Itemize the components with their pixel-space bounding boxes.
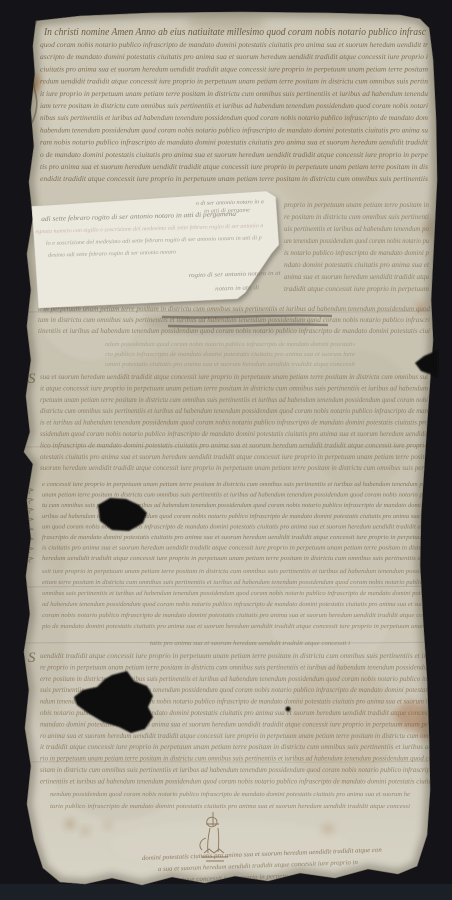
script-line: pto de mandato domini potestatis ciuitat… [41,623,426,630]
script-line: tinentiis et iuribus ad habendum tenendu… [38,327,430,335]
stain [270,110,390,210]
script-line: endidit tradidit atque concessit iure pr… [40,175,428,183]
stain [66,820,74,828]
stain [322,824,334,834]
script-line: it atque concessit iure proprio in perpe… [40,385,428,392]
script-line: re positam in districtu cum omnibus suis… [284,214,429,221]
script-line: re proprio in perpetuum unam petiam terr… [40,664,432,671]
label-handwriting-line: notaro in atti di [215,284,259,292]
script-line: e concessit iure proprio in perpetuum un… [42,481,427,488]
script-line: tradidit atque concessit iure proprio in… [284,286,429,293]
script-line: ertinentiis et iuribus ad habendum tenen… [40,778,433,785]
script-line: anima sua et suorum heredum uendidit tra… [284,274,430,281]
script-line: sua et suorum heredum uendidit tradidit … [40,374,428,381]
script-line: quod coram nobis notario publico infrasc… [40,41,428,49]
script-line: rpetuum unam petiam terre positam in dis… [40,397,428,404]
script-line: frascripto de mandato domini potestatis … [42,534,426,541]
script-line: uis pertinentiis et iuribus ad habendum … [284,226,430,233]
manuscript-photo: In christi nomine Amen Anno ab eius nati… [0,0,452,900]
script-line: heredum uendidit tradidit atque concessi… [42,555,426,562]
script-line: otestatis ciuitatis pro anima sua et suo… [40,454,429,461]
script-line: ram nobis notario publico infrascripto d… [40,139,429,147]
script-line: proprio in perpetuum unam petiam terre p… [283,202,430,209]
script-line: iam terre positam in districtu cum omnib… [40,102,428,110]
script-line: lico infrascripto de mandato domini pote… [40,442,429,449]
script-line: coram nobis notario publico infrascripto… [42,612,427,619]
script-line: erre positam in districtu cum omnibus su… [40,676,432,683]
script-line: ascripto de mandato domini potestatis ci… [40,53,428,61]
script-line: nendum possidendum quod coram nobis nota… [50,791,410,798]
script-line: etiam terre positam in districtu cum omn… [42,579,427,586]
script-line: tatis pro anima sua et suorum heredum ue… [150,640,350,647]
script-line: nibus suis pertinentiis et iuribus ad ha… [40,114,428,122]
script-line: tis pro anima sua et suorum heredum uend… [40,163,428,171]
script-line: omini potestatis ciuitatis pro anima sua… [105,361,355,368]
script-line: ssit iure proprio in perpetuum unam peti… [42,568,426,575]
script-line: habendum tenendum possidendum quod coram… [40,126,428,134]
manuscript-scene: In christi nomine Amen Anno ab eius nati… [0,0,452,900]
stain [105,822,111,828]
script-line: ndato domini potestatis ciuitatis pro an… [284,262,430,269]
script-line: is et iuribus ad habendum tenendum possi… [40,420,429,427]
opening-line: In christi nomine Amen Anno ab eius nati… [43,27,426,38]
script-line: ndum possidendum quod coram nobis notari… [105,341,355,348]
script-line: uendidit tradidit atque concessit iure p… [40,653,432,660]
script-line: ssidendum quod coram nobis notario publi… [40,431,429,438]
script-line: suorum heredum uendidit tradidit atque c… [40,465,428,472]
script-line: rio publico infrascripto de mandato domi… [105,351,355,358]
script-line: omnibus suis pertinentiis et iuribus ad … [42,590,426,597]
photo-background-bottom-strip [0,884,452,900]
script-line: it tradidit atque concessit iure proprio… [40,744,433,751]
script-line: districtu cum omnibus suis pertinentiis … [40,408,429,415]
script-line: is notario publico infrascripto de manda… [284,250,430,257]
script-line: o de mandato domini potestatis ciuitatis… [40,151,429,159]
script-line: ad habendum tenendum possidendum quod co… [42,601,426,608]
wormhole-dot [286,707,291,712]
script-line: um quod coram nobis notario publico infr… [42,523,427,530]
script-line: rio in perpetuum unam petiam terre posit… [40,756,433,763]
script-line: sitam in districtu cum omnibus suis pert… [40,767,433,774]
script-line: is ciuitatis pro anima sua et suorum her… [42,545,426,552]
script-line: it iure proprio in perpetuum unam petiam… [40,90,428,98]
script-line: ro anima sua et suorum heredum uendidit … [40,733,433,740]
script-line: unam petiam terre positam in districtu c… [42,492,427,499]
script-line: mandato domini potestatis ciuitatis pro … [40,721,432,728]
stain [82,828,88,834]
label-handwriting-line: in atti di pergame [204,207,251,214]
texture-blotch [270,575,390,665]
pasted-archival-label: adi sette febraro rogito di ser antonio … [32,191,283,311]
script-line: um tenendum possidendum quod coram nobis… [284,238,430,245]
script-line: ciuitatis pro anima sua et suorum heredu… [40,65,428,73]
script-line: tario publico infrascripto de mandato do… [50,803,410,810]
script-line: redum uendidit tradidit atque concessit … [40,78,428,86]
